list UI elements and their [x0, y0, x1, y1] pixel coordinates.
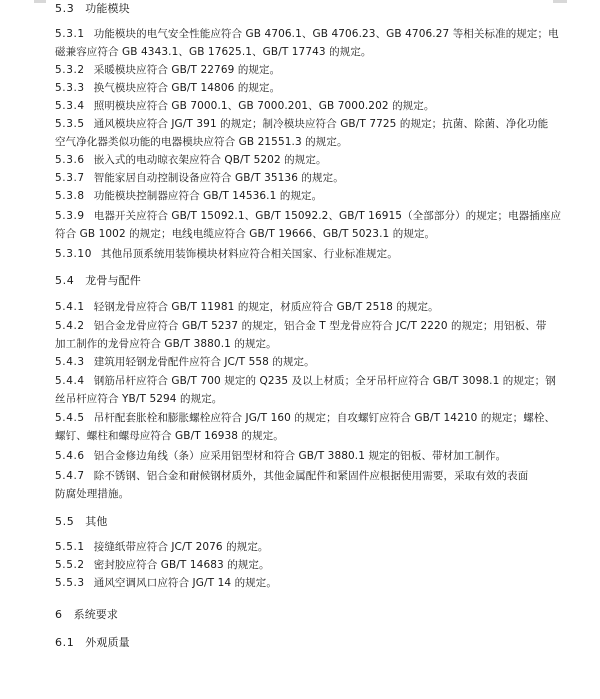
section-title: 功能模块	[85, 2, 129, 15]
clause-5-3-6: 5.3.6嵌入式的电动晾衣架应符合 QB/T 5202 的规定。	[55, 153, 327, 167]
clause-5-4-4: 5.4.4钢筋吊杆应符合 GB/T 700 规定的 Q235 及以上材质；全牙吊…	[55, 374, 556, 388]
clause-number: 5.4.5	[55, 411, 85, 425]
clause-text: 电器开关应符合 GB/T 15092.1、GB/T 15092.2、GB/T 1…	[94, 210, 561, 222]
clause-5-3-8: 5.3.8功能模块控制器应符合 GB/T 14536.1 的规定。	[55, 189, 322, 203]
clause-5-3-7: 5.3.7智能家居自动控制设备应符合 GB/T 35136 的规定。	[55, 171, 344, 185]
clause-text: 其他吊顶系统用装饰模块材料应符合相关国家、行业标准规定。	[101, 248, 398, 260]
clause-text: 吊杆配套胀栓和膨胀螺栓应符合 JG/T 160 的规定；自攻螺钉应符合 GB/T…	[94, 412, 555, 424]
clause-5-3-5-continued: 空气净化器类似功能的电器模块应符合 GB 21551.3 的规定。	[55, 135, 348, 149]
section-heading-5-4: 5.4龙骨与配件	[55, 274, 141, 288]
clause-number: 5.3.10	[55, 247, 92, 261]
section-heading-6-1: 6.1外观质量	[55, 636, 130, 650]
clause-number: 5.3.9	[55, 209, 85, 223]
clause-number: 5.3.7	[55, 171, 85, 185]
clause-text: 通风空调风口应符合 JG/T 14 的规定。	[94, 577, 277, 589]
section-title: 系统要求	[74, 608, 118, 621]
clause-number: 5.3.4	[55, 99, 85, 113]
clause-number: 5.4.7	[55, 469, 85, 483]
clause-5-3-1: 5.3.1功能模块的电气安全性能应符合 GB 4706.1、GB 4706.23…	[55, 27, 559, 41]
clause-5-4-2-continued: 加工制作的龙骨应符合 GB/T 3880.1 的规定。	[55, 337, 277, 351]
clause-5-3-4: 5.3.4照明模块应符合 GB 7000.1、GB 7000.201、GB 70…	[55, 99, 434, 113]
document-page: 5.3功能模块 5.3.1功能模块的电气安全性能应符合 GB 4706.1、GB…	[0, 0, 600, 699]
clause-number: 5.3.8	[55, 189, 85, 203]
clause-5-4-6: 5.4.6铝合金修边角线（条）应采用铝型材和符合 GB/T 3880.1 规定的…	[55, 449, 506, 463]
clause-text: 接缝纸带应符合 JC/T 2076 的规定。	[94, 541, 269, 553]
clause-5-4-5-continued: 螺钉、螺柱和螺母应符合 GB/T 16938 的规定。	[55, 429, 284, 443]
clause-5-3-9: 5.3.9电器开关应符合 GB/T 15092.1、GB/T 15092.2、G…	[55, 209, 561, 223]
clause-number: 5.5.1	[55, 540, 85, 554]
clause-5-3-3: 5.3.3换气模块应符合 GB/T 14806 的规定。	[55, 81, 280, 95]
clause-text: 符合 GB 1002 的规定；电线电缆应符合 GB/T 19666、GB/T 5…	[55, 228, 435, 240]
clause-5-5-3: 5.5.3通风空调风口应符合 JG/T 14 的规定。	[55, 576, 277, 590]
clause-text: 螺钉、螺柱和螺母应符合 GB/T 16938 的规定。	[55, 430, 284, 442]
clause-text: 换气模块应符合 GB/T 14806 的规定。	[94, 82, 281, 94]
page-corner-mark	[553, 0, 567, 3]
section-number: 5.5	[55, 515, 74, 529]
clause-text: 照明模块应符合 GB 7000.1、GB 7000.201、GB 7000.20…	[94, 100, 435, 112]
clause-text: 钢筋吊杆应符合 GB/T 700 规定的 Q235 及以上材质；全牙吊杆应符合 …	[94, 375, 556, 387]
clause-number: 5.4.6	[55, 449, 85, 463]
clause-5-4-4-continued: 丝吊杆应符合 YB/T 5294 的规定。	[55, 392, 222, 406]
clause-text: 加工制作的龙骨应符合 GB/T 3880.1 的规定。	[55, 338, 277, 350]
section-number: 5.3	[55, 2, 74, 16]
clause-5-4-7-continued: 防腐处理措施。	[55, 487, 129, 501]
clause-5-3-9-continued: 符合 GB 1002 的规定；电线电缆应符合 GB/T 19666、GB/T 5…	[55, 227, 435, 241]
clause-text: 功能模块的电气安全性能应符合 GB 4706.1、GB 4706.23、GB 4…	[94, 28, 559, 40]
clause-text: 密封胶应符合 GB/T 14683 的规定。	[94, 559, 270, 571]
section-title: 外观质量	[85, 636, 129, 649]
clause-text: 铝合金修边角线（条）应采用铝型材和符合 GB/T 3880.1 规定的铝板、带材…	[94, 450, 507, 462]
clause-5-4-3: 5.4.3建筑用轻钢龙骨配件应符合 JC/T 558 的规定。	[55, 355, 315, 369]
clause-5-5-2: 5.5.2密封胶应符合 GB/T 14683 的规定。	[55, 558, 270, 572]
section-number: 6.1	[55, 636, 74, 650]
clause-number: 5.3.1	[55, 27, 85, 41]
section-title: 龙骨与配件	[85, 274, 141, 287]
clause-number: 5.4.3	[55, 355, 85, 369]
clause-text: 除不锈钢、铝合金和耐候钢材质外，其他金属配件和紧固件应根据使用需要，采取有效的表…	[94, 470, 529, 482]
clause-text: 功能模块控制器应符合 GB/T 14536.1 的规定。	[94, 190, 323, 202]
clause-number: 5.3.5	[55, 117, 85, 131]
section-title: 其他	[85, 515, 107, 528]
clause-5-4-5: 5.4.5吊杆配套胀栓和膨胀螺栓应符合 JG/T 160 的规定；自攻螺钉应符合…	[55, 411, 555, 425]
clause-number: 5.4.4	[55, 374, 85, 388]
clause-text: 磁兼容应符合 GB 4343.1、GB 17625.1、GB/T 17743 的…	[55, 46, 372, 58]
section-number: 6	[55, 608, 63, 622]
clause-5-5-1: 5.5.1接缝纸带应符合 JC/T 2076 的规定。	[55, 540, 269, 554]
clause-5-4-7: 5.4.7除不锈钢、铝合金和耐候钢材质外，其他金属配件和紧固件应根据使用需要，采…	[55, 469, 528, 483]
clause-number: 5.4.2	[55, 319, 85, 333]
clause-5-4-2: 5.4.2铝合金龙骨应符合 GB/T 5237 的规定，铝合金 T 型龙骨应符合…	[55, 319, 546, 333]
clause-5-3-5: 5.3.5通风模块应符合 JG/T 391 的规定；制冷模块应符合 GB/T 7…	[55, 117, 548, 131]
clause-5-3-10: 5.3.10其他吊顶系统用装饰模块材料应符合相关国家、行业标准规定。	[55, 247, 398, 261]
clause-text: 防腐处理措施。	[55, 488, 129, 500]
clause-5-4-1: 5.4.1轻钢龙骨应符合 GB/T 11981 的规定，材质应符合 GB/T 2…	[55, 300, 439, 314]
section-heading-5-3: 5.3功能模块	[55, 2, 130, 16]
clause-text: 铝合金龙骨应符合 GB/T 5237 的规定，铝合金 T 型龙骨应符合 JC/T…	[94, 320, 547, 332]
clause-number: 5.3.2	[55, 63, 85, 77]
clause-text: 智能家居自动控制设备应符合 GB/T 35136 的规定。	[94, 172, 344, 184]
clause-number: 5.3.3	[55, 81, 85, 95]
clause-text: 嵌入式的电动晾衣架应符合 QB/T 5202 的规定。	[94, 154, 327, 166]
clause-number: 5.3.6	[55, 153, 85, 167]
section-number: 5.4	[55, 274, 74, 288]
clause-5-3-2: 5.3.2采暖模块应符合 GB/T 22769 的规定。	[55, 63, 280, 77]
clause-number: 5.5.3	[55, 576, 85, 590]
chapter-heading-6: 6系统要求	[55, 608, 118, 622]
section-heading-5-5: 5.5其他	[55, 515, 108, 529]
clause-text: 轻钢龙骨应符合 GB/T 11981 的规定，材质应符合 GB/T 2518 的…	[94, 301, 439, 313]
clause-number: 5.4.1	[55, 300, 85, 314]
page-corner-mark	[34, 0, 46, 3]
clause-text: 丝吊杆应符合 YB/T 5294 的规定。	[55, 393, 222, 405]
clause-text: 建筑用轻钢龙骨配件应符合 JC/T 558 的规定。	[94, 356, 315, 368]
clause-text: 通风模块应符合 JG/T 391 的规定；制冷模块应符合 GB/T 7725 的…	[94, 118, 549, 130]
clause-text: 采暖模块应符合 GB/T 22769 的规定。	[94, 64, 281, 76]
clause-number: 5.5.2	[55, 558, 85, 572]
clause-text: 空气净化器类似功能的电器模块应符合 GB 21551.3 的规定。	[55, 136, 348, 148]
clause-5-3-1-continued: 磁兼容应符合 GB 4343.1、GB 17625.1、GB/T 17743 的…	[55, 45, 372, 59]
